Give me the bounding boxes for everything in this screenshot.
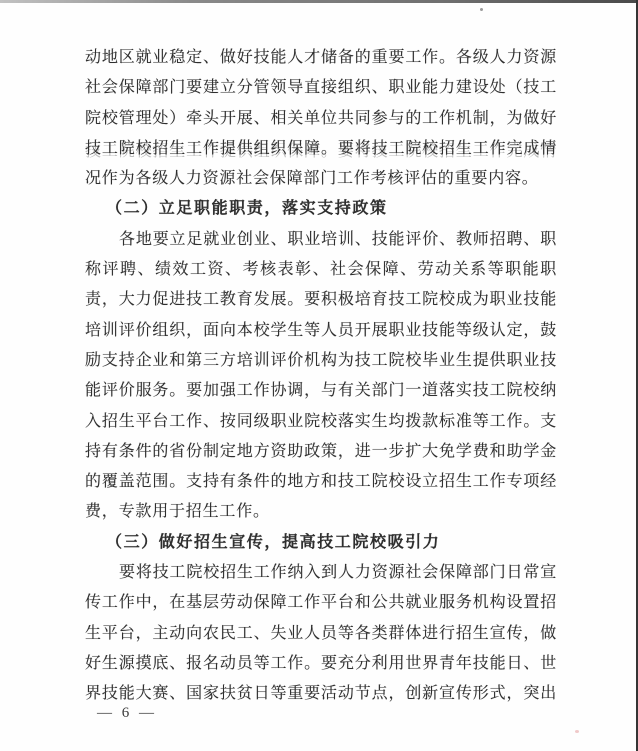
- text-line: 的覆盖范围。支持有条件的地方和技工院校设立招生工作专项经: [85, 467, 557, 497]
- scan-edge-top: [0, 0, 638, 3]
- text-line: 称评聘、绩效工资、考核表彰、社会保障、劳动关系等职能职: [85, 255, 557, 285]
- text-line: 费，专款用于招生工作。: [85, 497, 557, 527]
- text-line: 励支持企业和第三方培训评价机构为技工院校毕业生提供职业技: [85, 346, 557, 376]
- body-text: 动地区就业稳定、做好技能人才储备的重要工作。各级人力资源社会保障部门要建立分管领…: [85, 43, 557, 710]
- text-line: 能评价服务。要加强工作协调，与有关部门一道落实技工院校纳: [85, 376, 557, 406]
- text-line: 技工院校招生工作提供组织保障。要将技工院校招生工作完成情: [85, 134, 557, 164]
- document-page: 动地区就业稳定、做好技能人才储备的重要工作。各级人力资源社会保障部门要建立分管领…: [0, 0, 638, 751]
- section-heading: （三）做好招生宣传，提高技工院校吸引力: [85, 528, 557, 558]
- text-line: 要将技工院校招生工作纳入到人力资源社会保障部门日常宣: [85, 558, 557, 588]
- page-number: — 6 —: [97, 705, 157, 722]
- text-line: 动地区就业稳定、做好技能人才储备的重要工作。各级人力资源: [85, 43, 557, 73]
- text-line: 入招生平台工作、按同级职业院校落实生均拨款标准等工作。支: [85, 407, 557, 437]
- text-line: 况作为各级人力资源社会保障部门工作考核评估的重要内容。: [85, 164, 557, 194]
- text-line: 培训评价组织，面向本校学生等人员开展职业技能等级认定，鼓: [85, 316, 557, 346]
- text-line: 各地要立足就业创业、职业培训、技能评价、教师招聘、职: [85, 225, 557, 255]
- text-line: 持有条件的省份制定地方资助政策，进一步扩大免学费和助学金: [85, 437, 557, 467]
- scan-speck: [480, 8, 483, 11]
- text-line: 好生源摸底、报名动员等工作。要充分利用世界青年技能日、世: [85, 649, 557, 679]
- section-heading: （二）立足职能职责，落实支持政策: [85, 194, 557, 224]
- text-line: 社会保障部门要建立分管领导直接组织、职业能力建设处（技工: [85, 73, 557, 103]
- scan-speck: [575, 730, 579, 733]
- text-line: 传工作中，在基层劳动保障工作平台和公共就业服务机构设置招: [85, 588, 557, 618]
- text-line: 生平台，主动向农民工、失业人员等各类群体进行招生宣传，做: [85, 619, 557, 649]
- text-line: 院校管理处）牵头开展、相关单位共同参与的工作机制，为做好: [85, 104, 557, 134]
- text-line: 责，大力促进技工教育发展。要积极培育技工院校成为职业技能: [85, 285, 557, 315]
